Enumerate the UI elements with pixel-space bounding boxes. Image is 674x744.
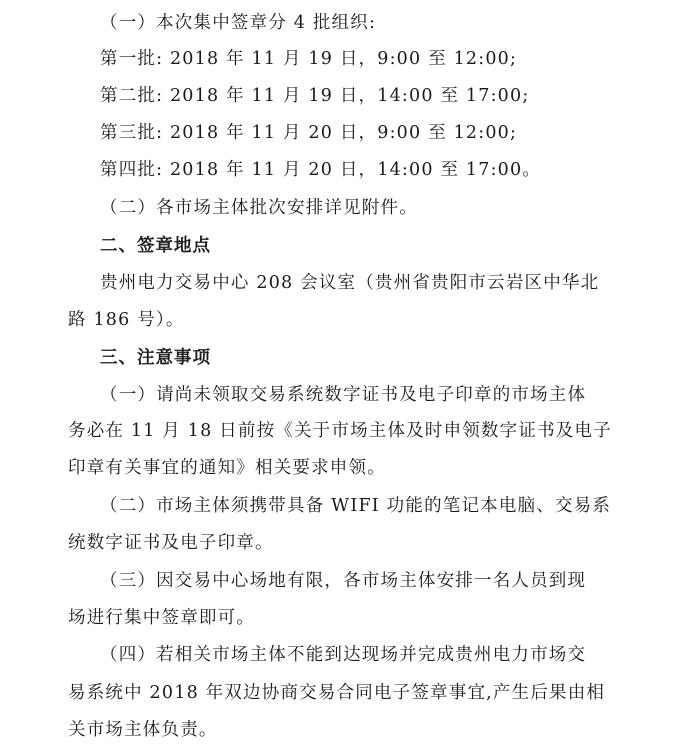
batch-3: 第三批: 2018 年 11 月 20 日，9:00 至 12:00; — [100, 122, 630, 144]
schedule-note: （二）各市场主体批次安排详见附件。 — [100, 197, 630, 219]
note-1-line-1: （一）请尚未领取交易系统数字证书及电子印章的市场主体 — [100, 384, 630, 406]
note-3-line-1: （三）因交易中心场地有限，各市场主体安排一名人员到现 — [100, 570, 630, 592]
note-4-line-3: 关市场主体负责。 — [68, 719, 598, 741]
note-1-line-2: 务必在 11 月 18 日前按《关于市场主体及时申领数字证书及电子 — [68, 420, 598, 442]
note-3-line-2: 场进行集中签章即可。 — [68, 607, 598, 629]
section-heading-location: 二、签章地点 — [100, 235, 630, 257]
batch-2: 第二批: 2018 年 11 月 19 日，14:00 至 17:00; — [100, 85, 630, 107]
schedule-intro: （一）本次集中签章分 4 批组织: — [100, 12, 630, 34]
section-heading-notes: 三、注意事项 — [100, 347, 630, 369]
batch-4: 第四批: 2018 年 11 月 20 日，14:00 至 17:00。 — [100, 159, 630, 181]
note-1-line-3: 印章有关事宜的通知》相关要求申领。 — [68, 457, 598, 479]
note-4-line-1: （四）若相关市场主体不能到达现场并完成贵州电力市场交 — [100, 644, 630, 666]
note-2-line-2: 统数字证书及电子印章。 — [68, 532, 598, 554]
note-2-line-1: （二）市场主体须携带具备 WIFI 功能的笔记本电脑、交易系 — [100, 495, 630, 517]
batch-1: 第一批: 2018 年 11 月 19 日，9:00 至 12:00; — [100, 48, 630, 70]
location-line-2: 路 186 号）。 — [68, 309, 598, 331]
note-4-line-2: 易系统中 2018 年双边协商交易合同电子签章事宜,产生后果由相 — [68, 682, 598, 704]
document-page: （一）本次集中签章分 4 批组织: 第一批: 2018 年 11 月 19 日，… — [0, 0, 674, 744]
location-line-1: 贵州电力交易中心 208 会议室（贵州省贵阳市云岩区中华北 — [100, 272, 598, 294]
